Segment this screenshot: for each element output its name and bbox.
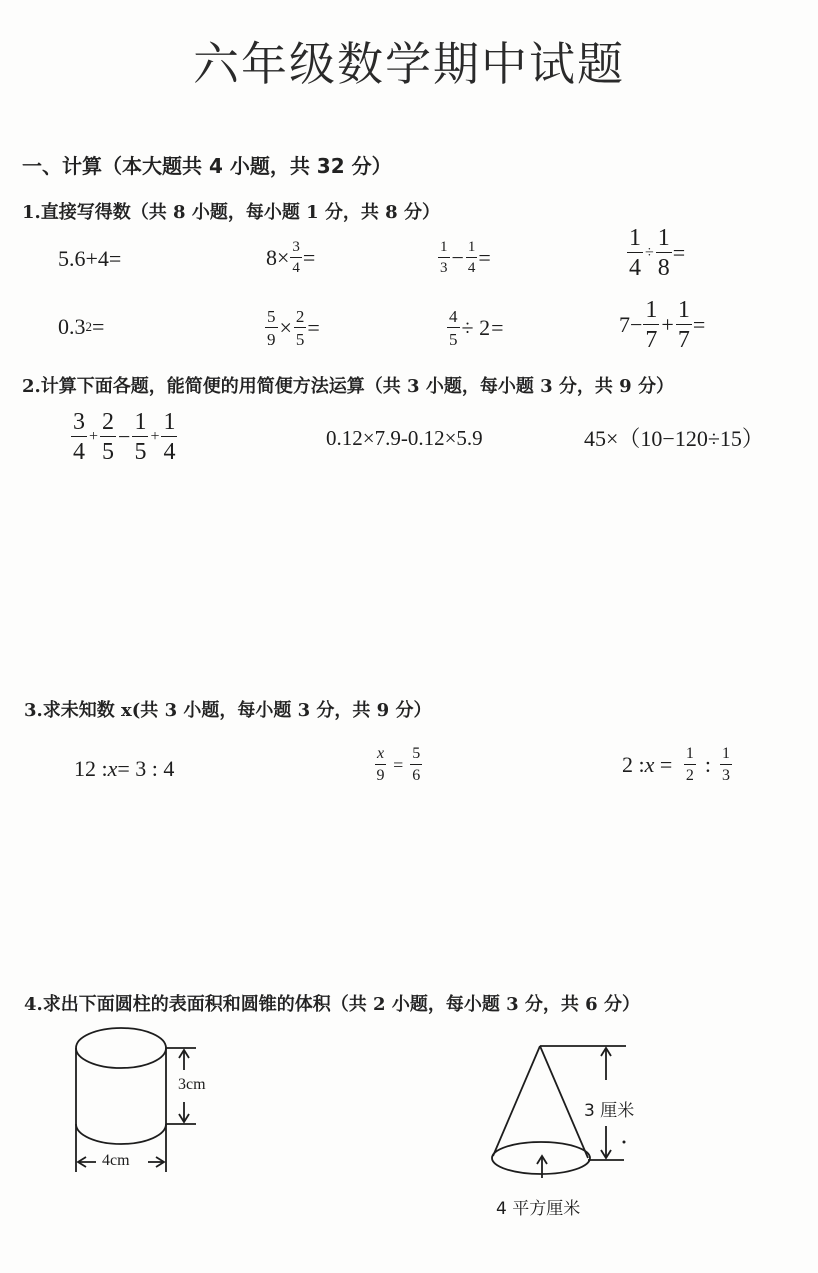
equals-sign: =	[478, 245, 490, 271]
expression-text: 7−	[619, 312, 642, 338]
operator: ×	[280, 315, 292, 341]
fraction: 18	[656, 226, 672, 280]
problem-1b: 8× 34 =	[266, 240, 315, 276]
cylinder-figure: 3cm 4cm	[60, 1024, 240, 1174]
cylinder-icon	[60, 1024, 240, 1174]
expression-text: = 3 : 4	[117, 756, 174, 782]
problem-3c: 2 : x = 12 : 13	[622, 746, 733, 784]
equals-sign: =	[393, 755, 403, 776]
fraction: x9	[375, 746, 386, 784]
problem-1g: 45 ÷ 2 =	[446, 308, 504, 348]
expression-text: 8×	[266, 245, 289, 271]
equals-sign: =	[693, 312, 705, 338]
cone-figure: 3 厘米 4 平方厘米	[488, 1040, 648, 1220]
page-title: 六年级数学期中试题	[0, 28, 818, 94]
problem-1d: 14 ÷ 18 =	[626, 226, 685, 280]
fraction: 12	[684, 746, 696, 784]
question-4-heading: 4.求出下面圆柱的表面积和圆锥的体积（共 2 小题，每小题 3 分，共 6 分）	[24, 990, 640, 1016]
operator: −	[118, 424, 130, 450]
section-heading: 一、计算（本大题共 4 小题，共 32 分）	[22, 150, 392, 179]
fraction: 14	[161, 410, 177, 464]
equals-sign: =	[109, 246, 121, 272]
problem-1c: 13 − 14 =	[437, 240, 491, 276]
equals-sign: =	[654, 752, 677, 778]
problem-1h: 7− 17 + 17 =	[619, 298, 705, 352]
fraction: 17	[676, 298, 692, 352]
fraction: 15	[132, 410, 148, 464]
equals-sign: =	[92, 314, 104, 340]
problem-3a: 12 : x = 3 : 4	[74, 756, 174, 782]
variable-x: x	[645, 752, 655, 778]
cone-height-label: 3 厘米	[584, 1096, 634, 1121]
operator: ÷ 2	[462, 315, 491, 341]
ratio-colon: :	[705, 752, 711, 778]
question-2-heading: 2.计算下面各题，能简便的用简便方法运算（共 3 小题，每小题 3 分，共 9 …	[22, 372, 674, 398]
problem-1a: 5.6+4=	[58, 246, 121, 272]
cone-base-area-label: 4 平方厘米	[496, 1194, 580, 1219]
operator: −	[452, 245, 464, 271]
fraction: 34	[290, 240, 302, 276]
fraction: 14	[627, 226, 643, 280]
expression-text: 2 :	[622, 752, 645, 778]
fraction: 13	[438, 240, 450, 276]
problem-1f: 59 × 25 =	[264, 308, 320, 348]
expression-text: 12 :	[74, 756, 108, 782]
equals-sign: =	[307, 315, 319, 341]
operator: +	[661, 312, 673, 338]
question-1-heading: 1.直接写得数（共 8 小题，每小题 1 分，共 8 分）	[22, 198, 440, 224]
variable-x: x	[108, 756, 118, 782]
problem-2a: 34 + 25 − 15 + 14	[70, 410, 178, 464]
equals-sign: =	[673, 240, 685, 266]
problem-1e: 0.32=	[58, 314, 104, 340]
fraction: 45	[447, 308, 460, 348]
expression-text: 5.6+4	[58, 246, 109, 272]
equals-sign: =	[491, 315, 503, 341]
fraction: 25	[100, 410, 116, 464]
operator: +	[89, 428, 98, 446]
question-3-heading: 3.求未知数 x(共 3 小题，每小题 3 分，共 9 分）	[24, 696, 431, 722]
operator: ÷	[645, 244, 654, 262]
cylinder-diameter-label: 4cm	[102, 1152, 130, 1170]
cylinder-height-label: 3cm	[178, 1076, 206, 1094]
equals-sign: =	[303, 245, 315, 271]
fraction: 34	[71, 410, 87, 464]
fraction: 14	[466, 240, 478, 276]
problem-2c: 45×（10−120÷15）	[584, 422, 764, 453]
fraction: 59	[265, 308, 278, 348]
expression-base: 0.3	[58, 314, 86, 340]
operator: +	[150, 428, 159, 446]
fraction: 56	[410, 746, 422, 784]
problem-2b: 0.12×7.9-0.12×5.9	[326, 426, 483, 451]
fraction: 25	[294, 308, 307, 348]
fraction: 17	[643, 298, 659, 352]
problem-3b: x9 = 56	[374, 746, 423, 784]
fraction: 13	[720, 746, 732, 784]
